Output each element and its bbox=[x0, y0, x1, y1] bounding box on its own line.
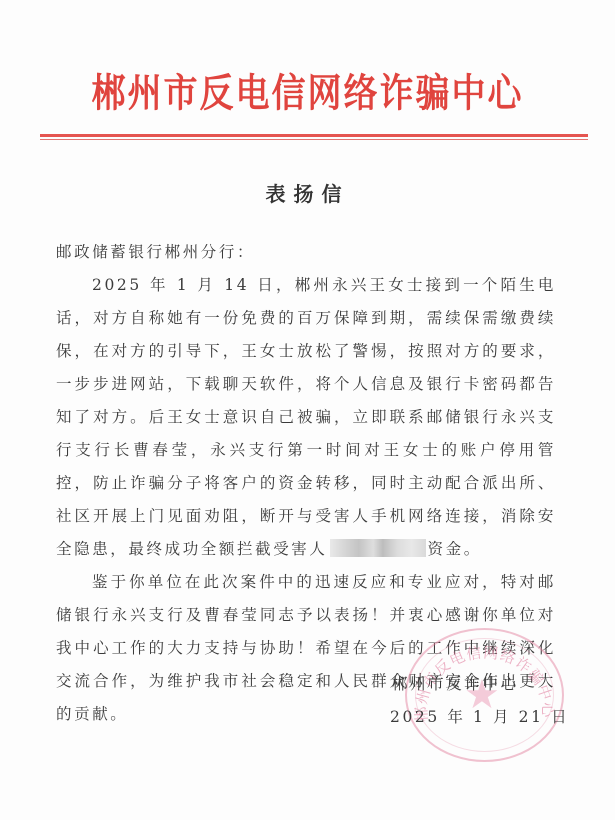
letterhead-rule-thin bbox=[40, 139, 588, 140]
paragraph-1-tail: 资金。 bbox=[428, 540, 482, 558]
letterhead-rule-thick bbox=[40, 134, 588, 137]
salutation: 邮政储蓄银行郴州分行： bbox=[56, 236, 556, 269]
letter-page: 郴州市反电信网络诈骗中心 表扬信 邮政储蓄银行郴州分行： 2025 年 1 月 … bbox=[0, 0, 615, 820]
signature-block: 郴州市反诈中心 2025 年 1 月 21 日 bbox=[390, 668, 580, 734]
signature-date: 2025 年 1 月 21 日 bbox=[390, 701, 580, 734]
letterhead-title: 郴州市反电信网络诈骗中心 bbox=[0, 69, 615, 120]
signature-org: 郴州市反诈中心 bbox=[390, 668, 580, 701]
document-title: 表扬信 bbox=[0, 178, 615, 207]
redacted-amount bbox=[330, 539, 426, 557]
paragraph-1: 2025 年 1 月 14 日，郴州永兴王女士接到一个陌生电话，对方自称她有一份… bbox=[56, 269, 556, 566]
paragraph-1-text: 2025 年 1 月 14 日，郴州永兴王女士接到一个陌生电话，对方自称她有一份… bbox=[56, 276, 556, 558]
